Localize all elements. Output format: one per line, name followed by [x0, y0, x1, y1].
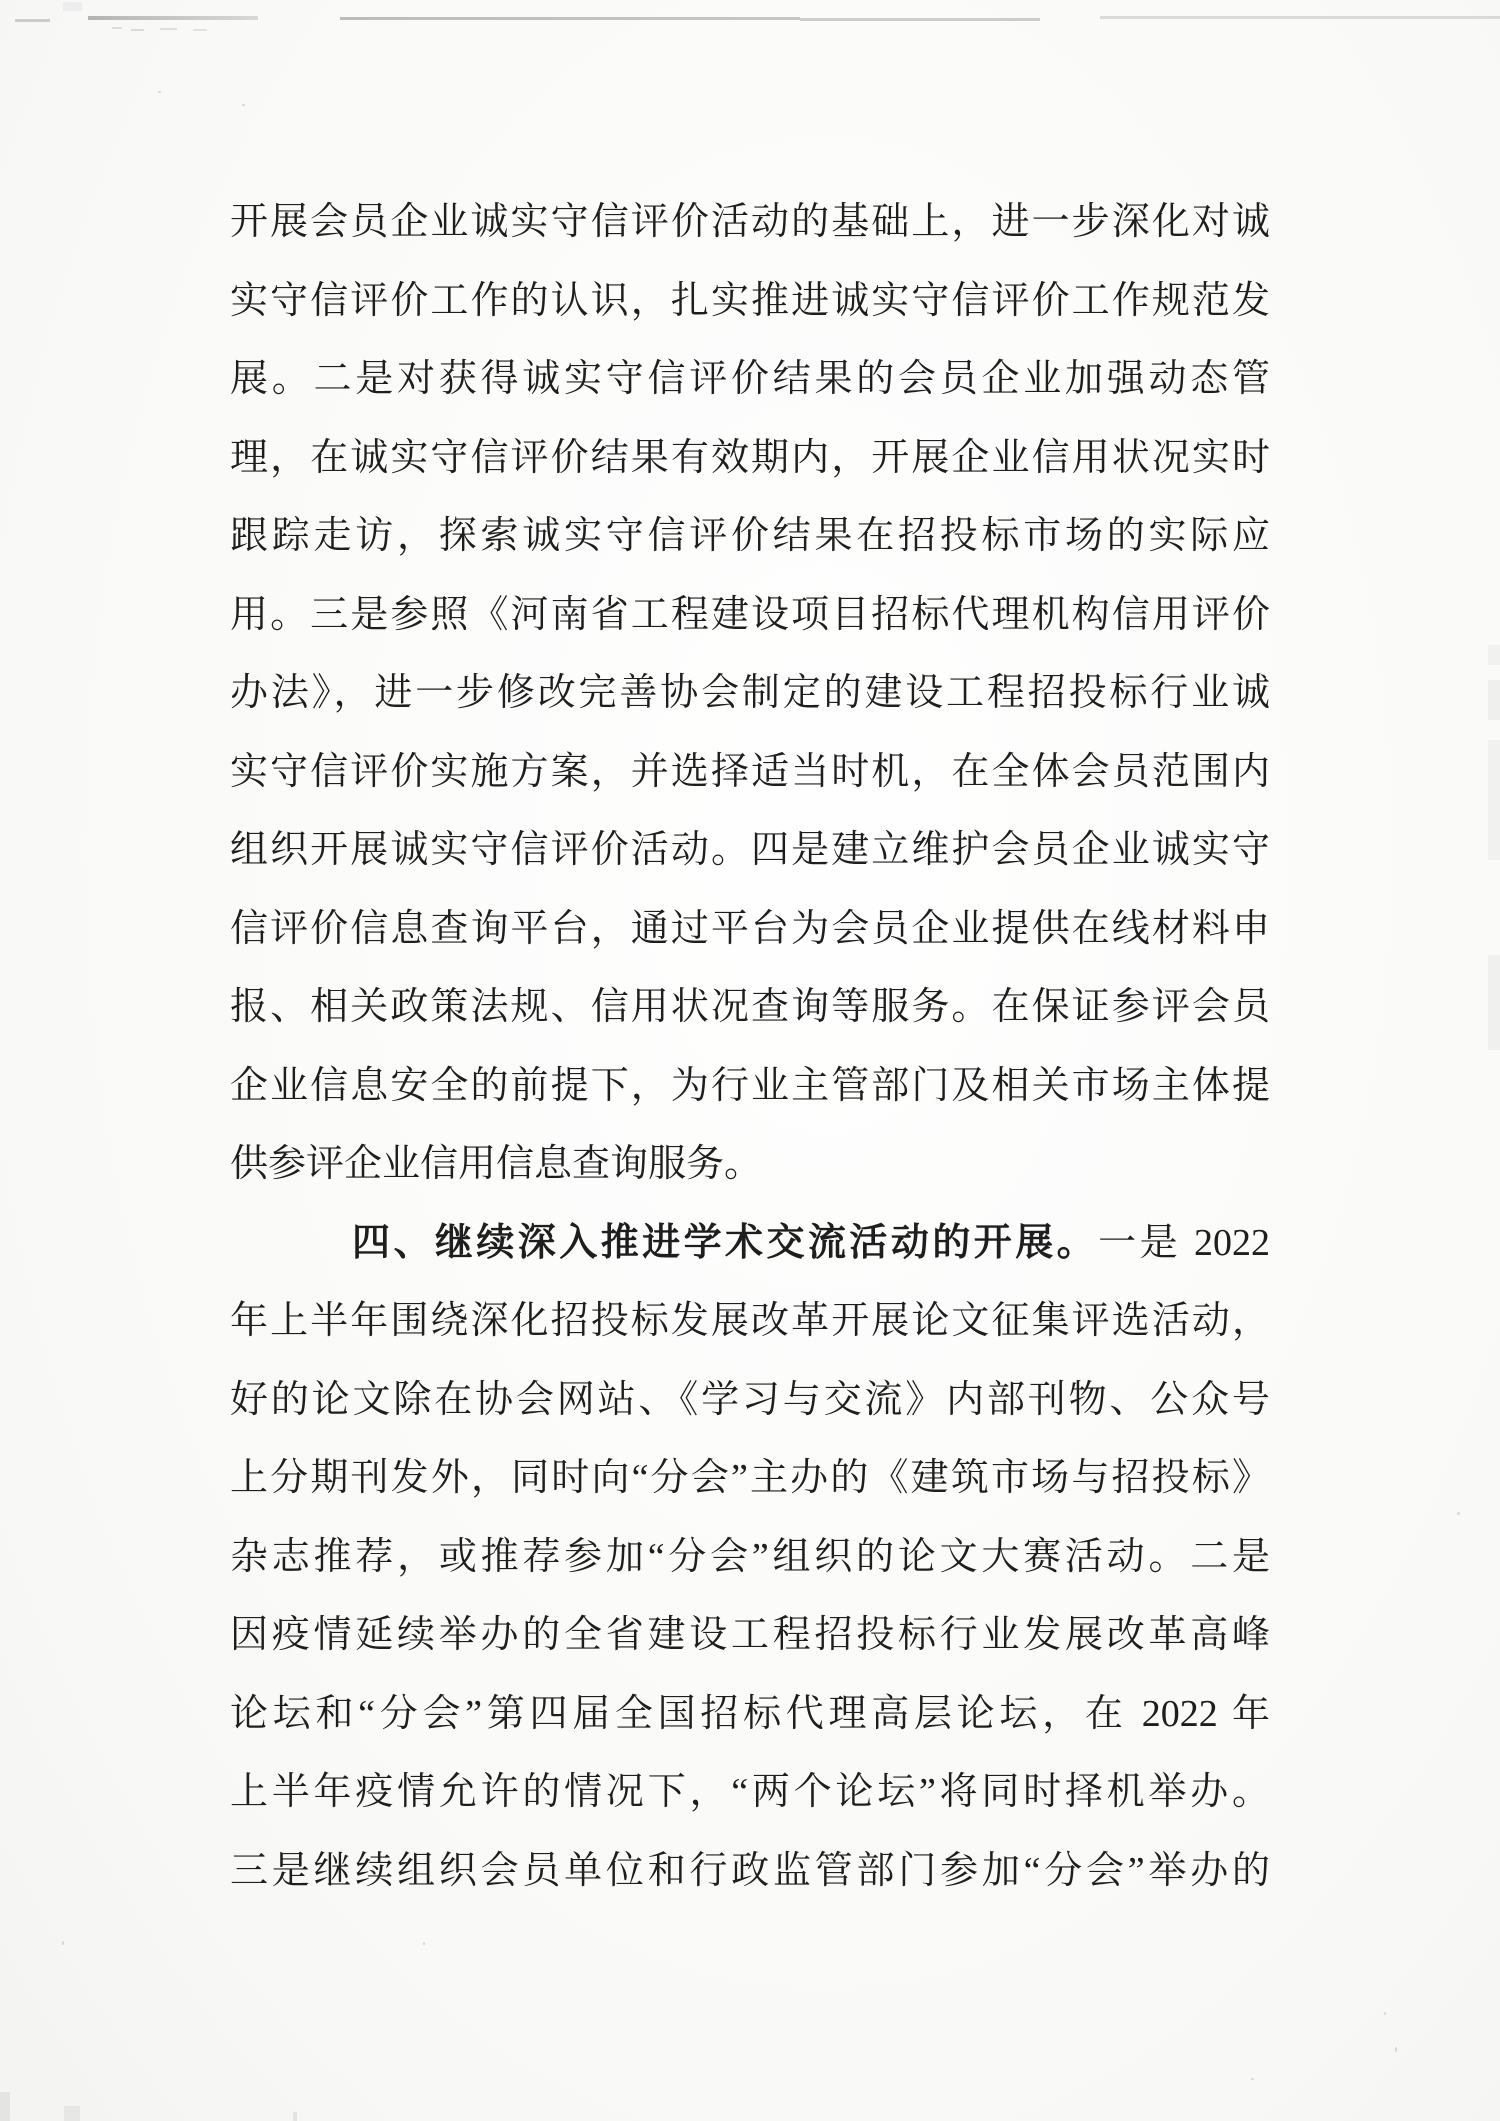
- scan-streak: [340, 17, 800, 20]
- scan-edge-shading: [1488, 955, 1500, 1050]
- scanned-document-page: { "page": { "paper_color": "#fcfcfa", "t…: [0, 0, 1500, 2121]
- scan-smudge: [64, 2106, 80, 2121]
- text-line: 跟踪走访，探索诚实守信评价结果在招投标市场的实际应: [230, 497, 1270, 576]
- scan-streak: [1100, 16, 1500, 19]
- text-line: 因疫情延续举办的全省建设工程招投标行业发展改革高峰: [230, 1596, 1270, 1675]
- text-line: 上分期刊发外，同时向“分会”主办的《建筑市场与招投标》: [230, 1439, 1270, 1518]
- scan-edge-shading: [1488, 680, 1500, 720]
- scan-streak: [131, 29, 144, 31]
- scan-speck: [423, 1942, 425, 1945]
- scan-edge-shading: [1488, 645, 1500, 665]
- text-line: 论坛和“分会”第四届全国招标代理高层论坛，在 2022 年: [230, 1675, 1270, 1754]
- scan-streak: [160, 28, 177, 30]
- scan-speck: [158, 91, 161, 93]
- scan-speck: [242, 104, 245, 106]
- text-line: 展。二是对获得诚实守信评价结果的会员企业加强动态管: [230, 340, 1270, 419]
- text-line: 实守信评价实施方案，并选择适当时机，在全体会员范围内: [230, 733, 1270, 812]
- text-line: 理，在诚实守信评价结果有效期内，开展企业信用状况实时: [230, 419, 1270, 498]
- scan-streak: [800, 18, 1040, 21]
- scan-streak: [112, 27, 122, 29]
- text-line: 报、相关政策法规、信用状况查询等服务。在保证参评会员: [230, 968, 1270, 1047]
- text-line: 信评价信息查询平台，通过平台为会员企业提供在线材料申: [230, 890, 1270, 969]
- text-line: 杂志推荐，或推荐参加“分会”组织的论文大赛活动。二是: [230, 1518, 1270, 1597]
- scan-speck: [1457, 1512, 1460, 1515]
- scan-streak: [15, 19, 50, 22]
- scan-streak: [88, 16, 258, 20]
- scan-streak: [193, 29, 207, 31]
- scan-speck: [1395, 2047, 1397, 2052]
- text-line: 办法》，进一步修改完善协会制定的建设工程招投标行业诚: [230, 654, 1270, 733]
- text-line: 三是继续组织会员单位和行政监管部门参加“分会”举办的: [230, 1832, 1270, 1911]
- text-line: 用。三是参照《河南省工程建设项目招标代理机构信用评价: [230, 576, 1270, 655]
- scan-smudge: [0, 2092, 10, 2121]
- document-text-block: 开展会员企业诚实守信评价活动的基础上，进一步深化对诚 实守信评价工作的认识，扎实…: [230, 183, 1270, 1910]
- text-line: 实守信评价工作的认识，扎实推进诚实守信评价工作规范发: [230, 262, 1270, 341]
- scan-speck: [62, 1941, 64, 1945]
- scan-edge-shading: [1488, 740, 1500, 860]
- text-line: 开展会员企业诚实守信评价活动的基础上，进一步深化对诚: [230, 183, 1270, 262]
- text-line: 上半年疫情允许的情况下，“两个论坛”将同时择机举办。: [230, 1753, 1270, 1832]
- section-heading-line: 四、继续深入推进学术交流活动的开展。一是 2022: [230, 1204, 1270, 1283]
- heading-line-continuation: 一是 2022: [1098, 1222, 1270, 1264]
- scan-smudge: [293, 2112, 297, 2121]
- section-heading: 四、继续深入推进学术交流活动的开展。: [352, 1222, 1098, 1264]
- text-line: 组织开展诚实守信评价活动。四是建立维护会员企业诚实守: [230, 811, 1270, 890]
- text-line: 企业信息安全的前提下，为行业主管部门及相关市场主体提: [230, 1047, 1270, 1126]
- scan-streak: [63, 2, 82, 11]
- text-line: 年上半年围绕深化招投标发展改革开展论文征集评选活动，: [230, 1282, 1270, 1361]
- text-line: 好的论文除在协会网站、《学习与交流》内部刊物、公众号: [230, 1361, 1270, 1440]
- scan-speck: [1251, 2078, 1254, 2080]
- paragraph-end-line: 供参评企业信用信息查询服务。: [230, 1125, 1270, 1204]
- scan-speck: [1384, 2012, 1386, 2015]
